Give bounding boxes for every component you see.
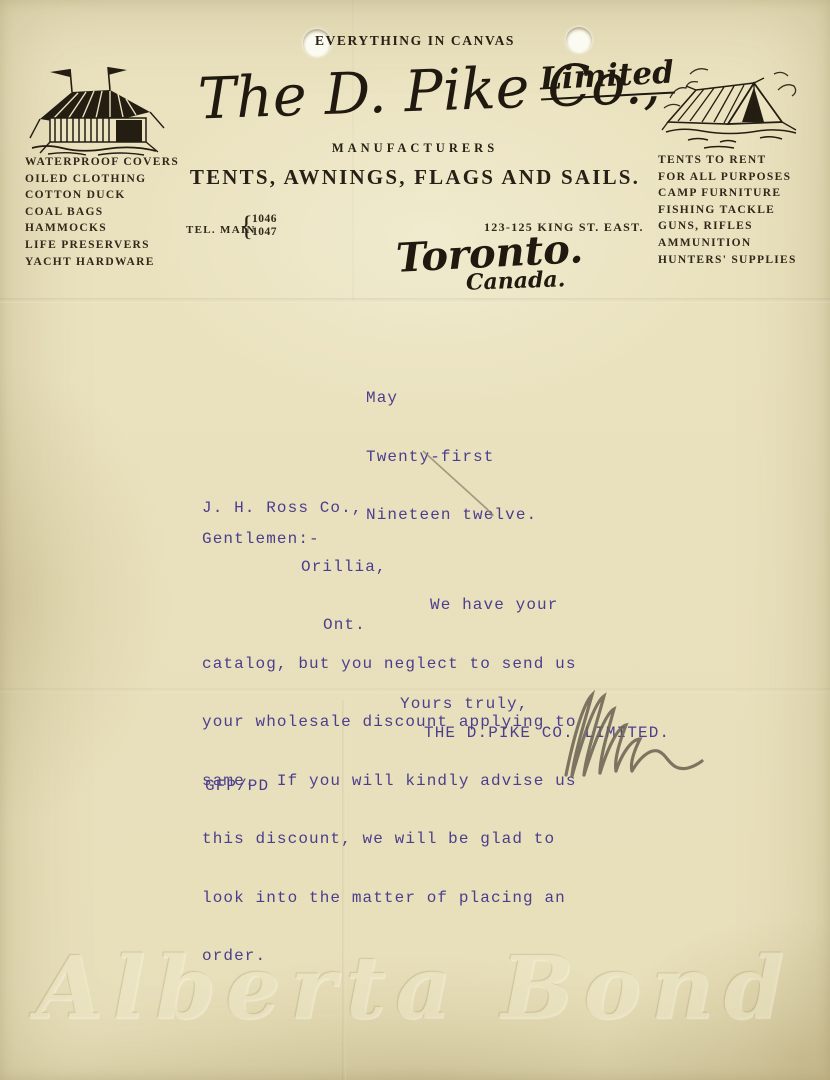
fold-crease-horizontal — [0, 298, 830, 303]
list-item: OILED CLOTHING — [25, 173, 179, 185]
telephone-number-2: 1047 — [252, 226, 277, 238]
list-item: HUNTERS' SUPPLIES — [658, 254, 797, 266]
company-suffix-limited: Limited — [539, 55, 675, 101]
closing-line: Yours truly, — [400, 695, 528, 715]
salutation: Gentlemen:- — [202, 530, 320, 550]
left-product-list: WATERPROOF COVERS OILED CLOTHING COTTON … — [25, 156, 179, 272]
recipient-line: J. H. Ross Co., — [202, 499, 387, 519]
country-script: Canada. — [466, 266, 566, 295]
list-item: CAMP FURNITURE — [658, 187, 797, 199]
right-product-list: TENTS TO RENT FOR ALL PURPOSES CAMP FURN… — [658, 154, 797, 270]
pencil-mark — [415, 445, 505, 525]
date-line: May — [366, 389, 537, 409]
list-item: FISHING TACKLE — [658, 204, 797, 216]
list-item: LIFE PRESERVERS — [25, 239, 179, 251]
list-item: GUNS, RIFLES — [658, 220, 797, 232]
body-line: order. — [202, 947, 577, 967]
banner-slogan: EVERYTHING IN CANVAS — [0, 33, 830, 49]
body-line: look into the matter of placing an — [202, 889, 577, 909]
camp-tent-illustration — [660, 58, 802, 154]
body-line: We have your — [202, 596, 577, 616]
typist-initials: GFP/PD — [205, 777, 269, 797]
body-line: catalog, but you neglect to send us — [202, 655, 577, 675]
letter-document: Alberta Bond EVERYTHING IN CANVAS The D.… — [0, 0, 830, 1080]
handwritten-signature — [520, 683, 720, 788]
list-item: TENTS TO RENT — [658, 154, 797, 166]
list-item: AMMUNITION — [658, 237, 797, 249]
list-item: FOR ALL PURPOSES — [658, 171, 797, 183]
list-item: YACHT HARDWARE — [25, 256, 179, 268]
telephone-number-1: 1046 — [252, 213, 277, 225]
marquee-tent-illustration — [28, 62, 168, 158]
body-line: this discount, we will be glad to — [202, 830, 577, 850]
list-item: HAMMOCKS — [25, 222, 179, 234]
company-name-script: The D. Pike Co., — [197, 54, 569, 133]
list-item: WATERPROOF COVERS — [25, 156, 179, 168]
list-item: COTTON DUCK — [25, 189, 179, 201]
list-item: COAL BAGS — [25, 206, 179, 218]
